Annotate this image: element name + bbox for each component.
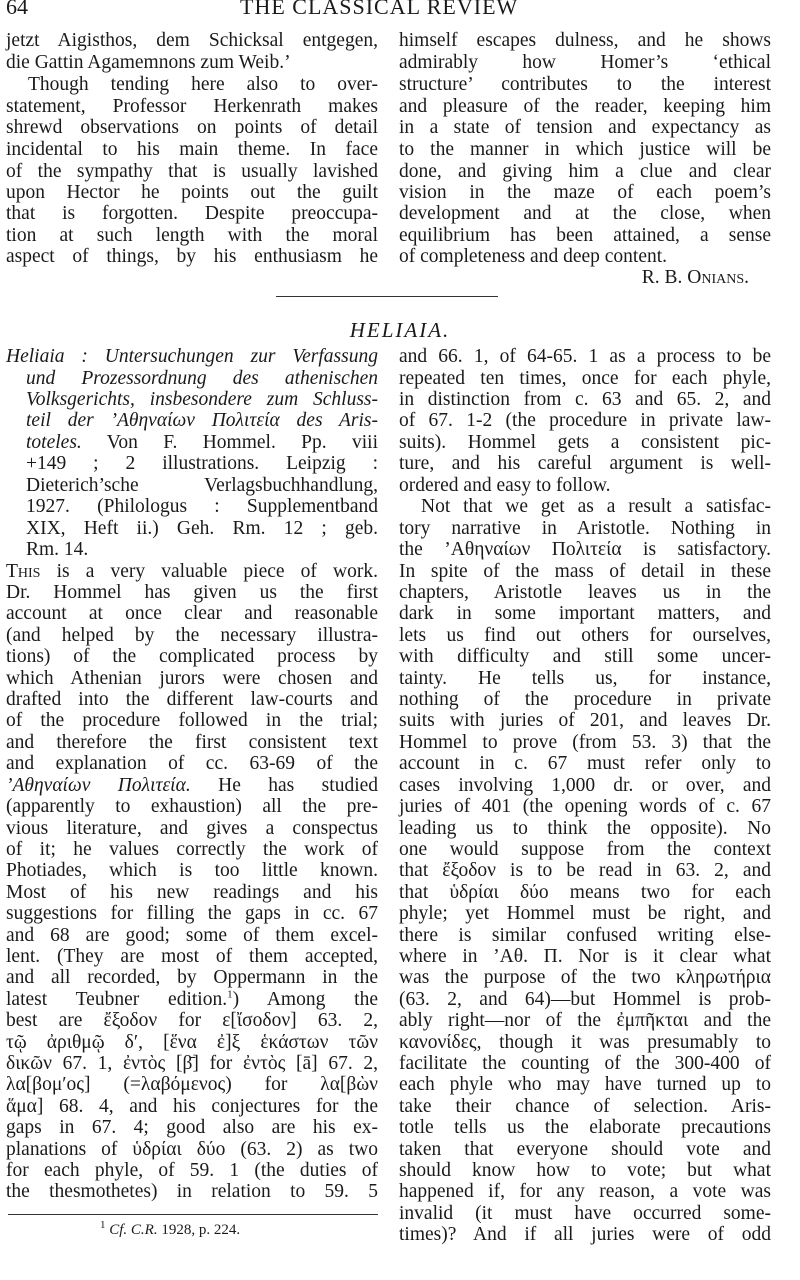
text-line: tainty. He tells us, for instance, [399, 668, 771, 690]
text-line: equilibrium has been attained, a sense [399, 225, 771, 247]
greek-title: ’Αθηναίων Πολιτεία. [6, 775, 191, 796]
text-line: Though tending here also to over- [6, 74, 378, 96]
citation-author: Von F. Hommel. Pp. viii [107, 432, 378, 453]
text-line: phyle; yet Hommel must be right, and [399, 903, 771, 925]
text-line: suits). Hommel gets a consistent pic- [399, 432, 771, 454]
text-line: done, and giving him a clue and clear [399, 161, 771, 183]
citation-line: XIX, Heft ii.) Geh. Rm. 12 ; geb. [6, 518, 378, 540]
text-line: invalid (it must have occurred some- [399, 1203, 771, 1225]
text-line: take their chance of selection. Aris- [399, 1096, 771, 1118]
text-line: and 66. 1, of 64-65. 1 as a process to b… [399, 346, 771, 368]
text-line: taken that everyone should vote and [399, 1139, 771, 1161]
text-line: ’Αθηναίων Πολιτεία. He has studied [6, 775, 378, 797]
text-line: ture, and his careful argument is well- [399, 453, 771, 475]
text-line: suits with juries of 201, and leaves Dr. [399, 710, 771, 732]
text-line: and pleasure of the reader, keeping him [399, 96, 771, 118]
citation-line: +149 ; 2 illustrations. Leipzig : [6, 453, 378, 475]
text-line: die Gattin Agamemnons zum Weib.’ [6, 52, 378, 74]
text-line: ably right—nor of the ἐμπῆκται and the [399, 1010, 771, 1032]
text-line: tion at such length with the moral [6, 225, 378, 247]
text-line: the thesmothetes) in relation to 59. 5 [6, 1181, 378, 1203]
text-line: κανονίδες, though it was presumably to [399, 1032, 771, 1054]
text-line: aspect of things, by his enthusiasm he [6, 246, 378, 268]
text-line: in distinction from c. 63 and 65. 2, and [399, 389, 771, 411]
text-line: (and helped by the necessary illustra- [6, 625, 378, 647]
text-line: himself escapes dulness, and he shows [399, 30, 771, 52]
section-divider [276, 296, 498, 297]
citation-line: Rm. 14. [6, 539, 378, 561]
text-line: incidental to his main theme. In face [6, 139, 378, 161]
citation-line: Dieterich’sche Verlagsbuchhandlung, [6, 475, 378, 497]
text-line: of the sympathy that is usually lavished [6, 161, 378, 183]
text-line: of the procedure followed in the trial; [6, 710, 378, 732]
text-line: lent. (They are most of them accepted, [6, 946, 378, 968]
text-line: latest Teubner edition.1) Among the [6, 989, 378, 1011]
footnote: 1 Cf. C.R. 1928, p. 224. [100, 1222, 240, 1239]
drop-word: This [6, 561, 40, 582]
text-line: account at once clear and reasonable [6, 603, 378, 625]
text-line: totle tells us the elaborate precautions [399, 1117, 771, 1139]
text-line: Dr. Hommel has given us the first [6, 582, 378, 604]
text-line: that ἔξοδον is to be read in 63. 2, and [399, 860, 771, 882]
text-line: vision in the maze of each poem’s [399, 182, 771, 204]
text-line: for each phyle, of 59. 1 (the duties of [6, 1160, 378, 1182]
text-line: In spite of the mass of detail in these [399, 561, 771, 583]
text-line: jetzt Aigisthos, dem Schicksal entgegen, [6, 30, 378, 52]
text-line: was the purpose of the two κληρωτήρια [399, 967, 771, 989]
text-line: (63. 2, and 64)—but Hommel is prob- [399, 989, 771, 1011]
text-line: of 67. 1-2 (the procedure in private law… [399, 410, 771, 432]
text-line: admirably how Homer’s ‘ethical [399, 52, 771, 74]
text-line: and all recorded, by Oppermann in the [6, 967, 378, 989]
running-head: THE CLASSICAL REVIEW [240, 0, 518, 20]
text-line: planations of ὑδρίαι δύο (63. 2) as two [6, 1139, 378, 1161]
text-line: to the manner in which justice will be [399, 139, 771, 161]
text-line: times)? And if all juries were of odd [399, 1224, 771, 1246]
text-line: where in ’Αθ. Π. Nor is it clear what [399, 946, 771, 968]
text-line: chapters, Aristotle leaves us in the [399, 582, 771, 604]
footnote-divider [8, 1214, 378, 1215]
text-line: repeated ten times, once for each phyle, [399, 368, 771, 390]
text-line: development and at the close, when [399, 203, 771, 225]
text-line: should know how to vote; but what [399, 1160, 771, 1182]
section-title: HELIAIA. [0, 318, 800, 343]
text-line: each phyle who may have turned up to [399, 1074, 771, 1096]
text-line: ἅμα] 68. 4, and his conjectures for the [6, 1096, 378, 1118]
text-line: leading us to think the opposite). No [399, 818, 771, 840]
text-line: of it; he values correctly the work of [6, 839, 378, 861]
text-line: δικῶν 67. 1, ἐντὸς [β̄] for ἐντὸς [ā] 67… [6, 1053, 378, 1075]
citation-line: und Prozessordnung des athenischen [6, 368, 378, 390]
text-line: that is forgotten. Despite preoccupa- [6, 203, 378, 225]
footnote-text: 1928, p. 224. [158, 1222, 241, 1238]
text-line: tions) of the complicated process by [6, 646, 378, 668]
text-line: account in c. 67 must refer only to [399, 753, 771, 775]
text-line: one would suppose from the context [399, 839, 771, 861]
text-line: Most of his new readings and his [6, 882, 378, 904]
text-line: nothing of the procedure in private [399, 689, 771, 711]
citation-title-end: toteles. [26, 432, 82, 453]
page-number: 64 [6, 0, 28, 20]
text-line: dark in some important matters, and [399, 603, 771, 625]
text-line: shrewd observations on points of detail [6, 117, 378, 139]
text-line: there is similar confused writing else- [399, 925, 771, 947]
text-line: Not that we get as a result a satisfac- [399, 496, 771, 518]
text-line: This is a very valuable piece of work. [6, 561, 378, 583]
citation-line: Heliaia : Untersuchungen zur Verfassung [6, 346, 378, 368]
text-line: which Athenian jurors were chosen and [6, 668, 378, 690]
text-span: ) Among the [233, 989, 378, 1010]
text-line: suggestions for filling the gaps in cc. … [6, 903, 378, 925]
text-line: λα[βομ′ος] (=λαβόμενος) for λα[βὼν [6, 1074, 378, 1096]
text-line: juries of 401 (the opening words of c. 6… [399, 796, 771, 818]
text-line: in a state of tension and expectancy as [399, 117, 771, 139]
text-line: the ’Αθηναίων Πολιτεία is satisfactory. [399, 539, 771, 561]
text-line: ordered and easy to follow. [399, 475, 771, 497]
text-span: He has studied [218, 775, 378, 796]
citation-line: Volksgerichts, insbesondere zum Schluss- [6, 389, 378, 411]
footnote-cite: Cf. C.R. [109, 1222, 157, 1238]
text-line: Photiades, which is too little known. [6, 860, 378, 882]
citation-line: toteles. Von F. Hommel. Pp. viii [6, 432, 378, 454]
text-line: happened if, for any reason, a vote was [399, 1181, 771, 1203]
text-line: statement, Professor Herkenrath makes [6, 96, 378, 118]
text-line: drafted into the different law-courts an… [6, 689, 378, 711]
text-span: is a very valuable piece of work. [57, 561, 378, 582]
text-line: upon Hector he points out the guilt [6, 182, 378, 204]
citation-line: teil der ’Αθηναίων Πολιτεία des Aris- [6, 410, 378, 432]
text-line: facilitate the counting of the 300-400 o… [399, 1053, 771, 1075]
text-line: best are ἔξοδον for ε[ἴσοδον] 63. 2, [6, 1010, 378, 1032]
text-line: gaps in 67. 4; good also are his ex- [6, 1117, 378, 1139]
footnote-marker: 1 [100, 1219, 106, 1231]
text-line: (apparently to exhaustion) all the pre- [6, 796, 378, 818]
citation-line: 1927. (Philologus : Supplementband [6, 496, 378, 518]
text-line: τῷ ἀριθμῷ δ′, [ἕνα ἐ]ξ ἑκάστων τῶν [6, 1032, 378, 1054]
text-line: and explanation of cc. 63-69 of the [6, 753, 378, 775]
text-line: cases involving 1,000 dr. or over, and [399, 775, 771, 797]
text-line: with difficulty and still some uncer- [399, 646, 771, 668]
text-line: Hommel to prove (from 53. 3) that the [399, 732, 771, 754]
text-line: of completeness and deep content. [399, 246, 771, 268]
text-line: and 68 are good; some of them excel- [6, 925, 378, 947]
text-line: lets us find out others for ourselves, [399, 625, 771, 647]
text-line: vious literature, and gives a conspectus [6, 818, 378, 840]
text-span: latest Teubner edition. [6, 989, 227, 1010]
text-line: that ὑδρίαι δύο means two for each [399, 882, 771, 904]
text-line: tory narrative in Aristotle. Nothing in [399, 518, 771, 540]
text-line: and therefore the first consistent text [6, 732, 378, 754]
text-line: structure’ contributes to the interest [399, 74, 771, 96]
reviewer-signature: R. B. Onians. [399, 267, 749, 289]
